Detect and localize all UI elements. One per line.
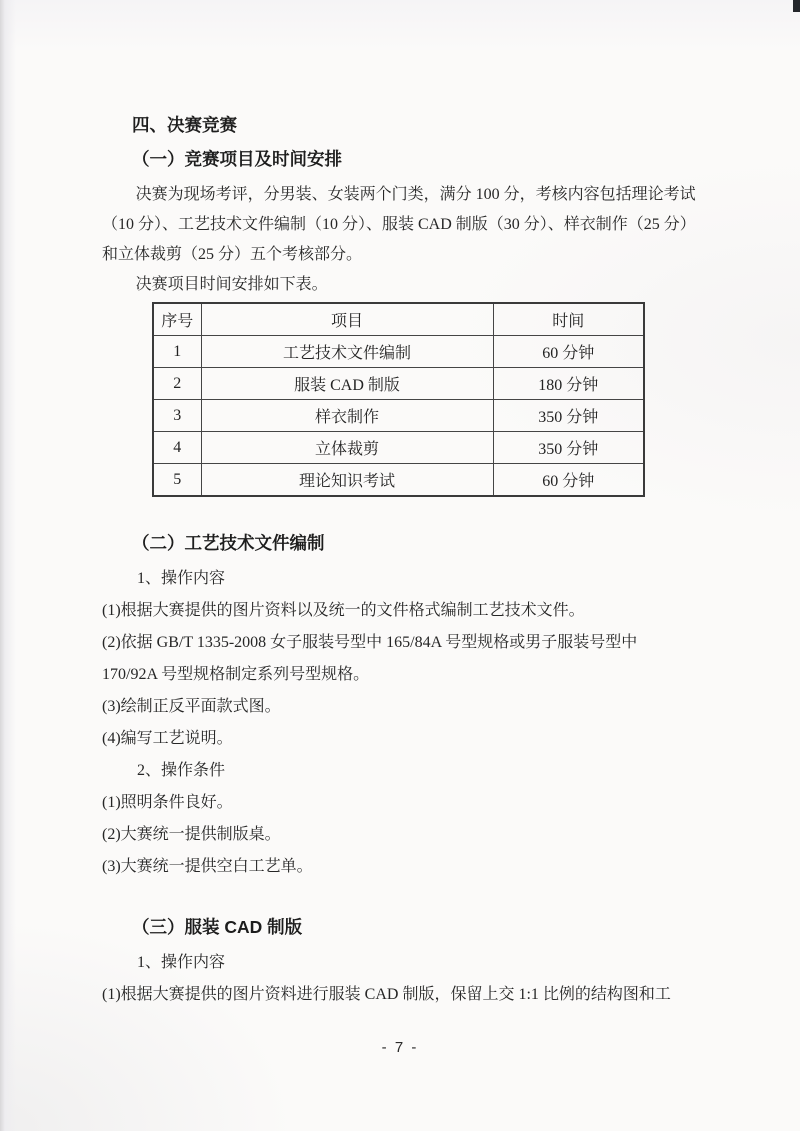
list-item: 2、操作条件	[102, 755, 698, 787]
table-cell: 60 分钟	[493, 336, 644, 368]
list-item: 1、操作内容	[102, 947, 698, 979]
list-item: (1)根据大赛提供的图片资料进行服装 CAD 制版，保留上交 1:1 比例的结构…	[102, 979, 698, 1011]
table-cell: 工艺技术文件编制	[201, 336, 493, 368]
table-cell: 样衣制作	[201, 400, 493, 432]
subsection-heading-3: （三）服装 CAD 制版	[102, 915, 698, 939]
subsection-heading-1: （一）竞赛项目及时间安排	[102, 147, 698, 171]
list-item: (4)编写工艺说明。	[102, 723, 698, 755]
table-cell: 1	[153, 336, 201, 368]
table-cell: 5	[153, 464, 201, 497]
list-item: (2)大赛统一提供制版桌。	[102, 819, 698, 851]
document-page: 四、决赛竞赛 （一）竞赛项目及时间安排 决赛为现场考评，分男装、女装两个门类，满…	[0, 0, 800, 1131]
table-cell: 4	[153, 432, 201, 464]
table-header-cell: 项目	[201, 303, 493, 336]
table-cell: 立体裁剪	[201, 432, 493, 464]
list-item: (1)根据大赛提供的图片资料以及统一的文件格式编制工艺技术文件。	[102, 595, 698, 627]
list-item: 1、操作内容	[102, 563, 698, 595]
subsection-heading-2: （二）工艺技术文件编制	[102, 531, 698, 555]
table-row: 3 样衣制作 350 分钟	[153, 400, 644, 432]
section-2-body: 1、操作内容 (1)根据大赛提供的图片资料以及统一的文件格式编制工艺技术文件。 …	[102, 563, 698, 883]
list-item: (1)照明条件良好。	[102, 787, 698, 819]
table-cell: 350 分钟	[493, 400, 644, 432]
table-header-row: 序号 项目 时间	[153, 303, 644, 336]
table-row: 5 理论知识考试 60 分钟	[153, 464, 644, 497]
intro-paragraph: 决赛为现场考评，分男装、女装两个门类，满分 100 分，考核内容包括理论考试 （…	[102, 180, 698, 300]
list-item: (3)大赛统一提供空白工艺单。	[102, 851, 698, 883]
list-item: (2)依据 GB/T 1335-2008 女子服装号型中 165/84A 号型规…	[102, 627, 698, 659]
table-row: 2 服装 CAD 制版 180 分钟	[153, 368, 644, 400]
table-cell: 3	[153, 400, 201, 432]
table-header-cell: 序号	[153, 303, 201, 336]
page-content: 四、决赛竞赛 （一）竞赛项目及时间安排 决赛为现场考评，分男装、女装两个门类，满…	[102, 0, 698, 1056]
paragraph-line: （10 分）、工艺技术文件编制（10 分）、服装 CAD 制版（30 分）、样衣…	[102, 210, 698, 240]
table-cell: 180 分钟	[493, 368, 644, 400]
paragraph-line: 决赛为现场考评，分男装、女装两个门类，满分 100 分，考核内容包括理论考试	[102, 180, 698, 210]
paragraph-line: 决赛项目时间安排如下表。	[102, 270, 698, 300]
list-item-continuation: 170/92A 号型规格制定系列号型规格。	[102, 659, 698, 691]
list-item: (3)绘制正反平面款式图。	[102, 691, 698, 723]
table-cell: 60 分钟	[493, 464, 644, 497]
page-number: - 7 -	[102, 1039, 698, 1056]
table-cell: 服装 CAD 制版	[201, 368, 493, 400]
section-heading-4: 四、决赛竞赛	[102, 113, 698, 137]
table-cell: 理论知识考试	[201, 464, 493, 497]
table-row: 4 立体裁剪 350 分钟	[153, 432, 644, 464]
table-row: 1 工艺技术文件编制 60 分钟	[153, 336, 644, 368]
table-cell: 2	[153, 368, 201, 400]
table-cell: 350 分钟	[493, 432, 644, 464]
scan-corner-artifact	[793, 0, 800, 12]
paragraph-line: 和立体裁剪（25 分）五个考核部分。	[102, 240, 698, 270]
section-3-body: 1、操作内容 (1)根据大赛提供的图片资料进行服装 CAD 制版，保留上交 1:…	[102, 947, 698, 1011]
schedule-table: 序号 项目 时间 1 工艺技术文件编制 60 分钟 2 服装 CAD 制版 18…	[152, 302, 645, 497]
table-header-cell: 时间	[493, 303, 644, 336]
